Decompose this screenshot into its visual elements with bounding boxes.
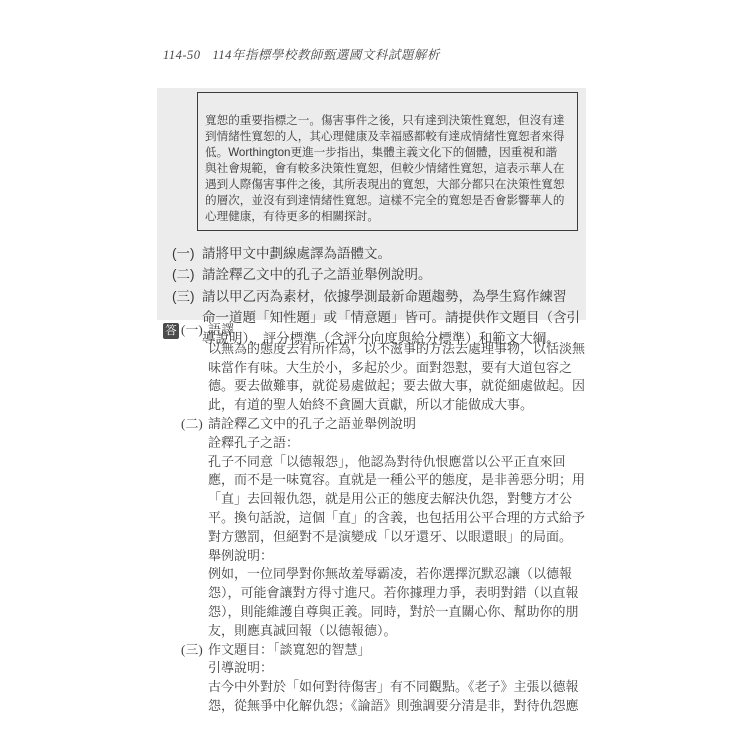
page-header: 114-50114年指標學校教師甄選國文科試題解析 [163,45,440,63]
answer-section: 答 (一) 語譯 以無為的態度去有所作為，以不滋事的方法去處理事物，以恬淡無 味… [163,321,587,716]
answer-item-2: (二) 請詮釋乙文中的孔子之語並舉例說明 詮釋孔子之語： 孔子不同意「以德報怨」… [181,415,587,641]
answer-text: 引導說明： 古今中外對於「如何對待傷害」有不同觀點。《老子》主張以德報 怨，從無… [208,659,587,715]
question-text: 請將甲文中劃線處譯為語體文。 [202,243,586,264]
book-page: 114-50114年指標學校教師甄選國文科試題解析 寬恕的重要指標之一。傷害事件… [0,0,750,750]
answer-text: 詮釋孔子之語： 孔子不同意「以德報怨」，他認為對待仇恨應當以公平正直來回 應，而… [208,434,587,641]
answer-badge-icon: 答 [163,323,179,339]
page-number: 114-50 [163,48,201,62]
answer-content: (一) 語譯 以無為的態度去有所作為，以不滋事的方法去處理事物，以恬淡無 味當作… [181,321,587,716]
page-title: 114年指標學校教師甄選國文科試題解析 [213,48,440,62]
passage-quote-box: 寬恕的重要指標之一。傷害事件之後，只有達到決策性寬恕，但沒有達 到情緒性寬恕的人… [197,92,578,231]
answer-body: 語譯 以無為的態度去有所作為，以不滋事的方法去處理事物，以恬淡無 味當作有味。大… [208,321,587,415]
exam-panel: 寬恕的重要指標之一。傷害事件之後，只有達到決策性寬恕，但沒有達 到情緒性寬恕的人… [157,88,586,320]
answer-title: 請詮釋乙文中的孔子之語並舉例說明 [208,416,416,431]
answer-body: 作文題目：「談寬恕的智慧」 引導說明： 古今中外對於「如何對待傷害」有不同觀點。… [208,641,587,716]
question-item-2: (二) 請詮釋乙文中的孔子之語並舉例說明。 [172,264,586,285]
answer-item-3: (三) 作文題目：「談寬恕的智慧」 引導說明： 古今中外對於「如何對待傷害」有不… [181,641,587,716]
answer-item-1: (一) 語譯 以無為的態度去有所作為，以不滋事的方法去處理事物，以恬淡無 味當作… [181,321,587,415]
answer-title: 語譯 [208,322,234,337]
question-number: (三) [172,286,202,307]
answer-body: 請詮釋乙文中的孔子之語並舉例說明 詮釋孔子之語： 孔子不同意「以德報怨」，他認為… [208,415,587,641]
answer-number: (一) [181,321,208,340]
question-number: (二) [172,264,202,285]
question-number: (一) [172,243,202,264]
question-text: 請詮釋乙文中的孔子之語並舉例說明。 [202,264,586,285]
question-item-1: (一) 請將甲文中劃線處譯為語體文。 [172,243,586,264]
answer-text: 以無為的態度去有所作為，以不滋事的方法去處理事物，以恬淡無 味當作有味。大生於小… [208,340,587,415]
answer-title: 作文題目：「談寬恕的智慧」 [208,642,371,657]
answer-number: (二) [181,415,208,434]
passage-text: 寬恕的重要指標之一。傷害事件之後，只有達到決策性寬恕，但沒有達 到情緒性寬恕的人… [205,114,564,223]
answer-number: (三) [181,641,208,660]
